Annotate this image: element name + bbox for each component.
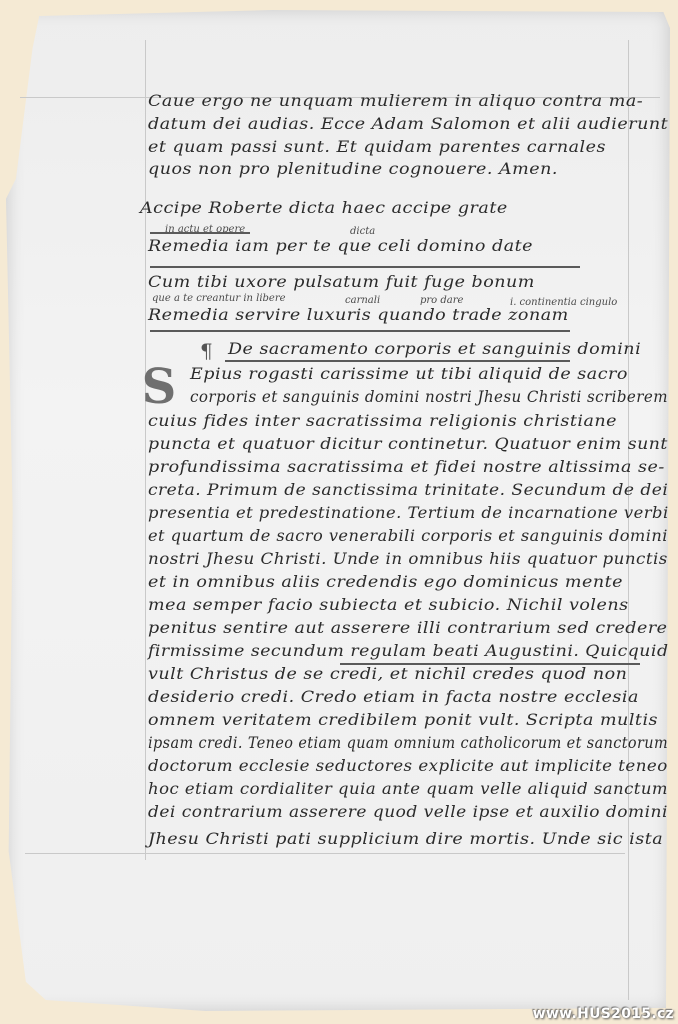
verse-underline xyxy=(150,232,250,234)
rubric-underline xyxy=(225,360,570,362)
text-line: Caue ergo ne unquam mulierem in aliquo c… xyxy=(148,92,643,110)
text-line: puncta et quatuor dicitur continetur. Qu… xyxy=(148,435,668,453)
verse-underline xyxy=(150,330,570,332)
interlinear-gloss: que a te creantur in libere xyxy=(152,293,286,304)
text-line: ipsam credi. Teneo etiam quam omnium cat… xyxy=(148,734,668,752)
verse-line: Cum tibi uxore pulsatum fuit fuge bonum xyxy=(148,273,535,291)
text-line: corporis et sanguinis domini nostri Jhes… xyxy=(190,388,668,406)
ruling-bottom xyxy=(25,853,625,854)
watermark: www.HUS2015.cz xyxy=(533,1006,674,1022)
text-line: omnem veritatem credibilem ponit vult. S… xyxy=(148,711,658,729)
verse-line: Remedia iam per te que celi domino date xyxy=(148,237,533,255)
text-line: doctorum ecclesie seductores explicite a… xyxy=(148,757,668,775)
text-line: et quam passi sunt. Et quidam parentes c… xyxy=(148,138,606,156)
text-line: penitus sentire aut asserere illi contra… xyxy=(148,619,668,637)
text-line: presentia et predestinatione. Tertium de… xyxy=(148,504,669,522)
text-line: et in omnibus aliis credendis ego domini… xyxy=(148,573,623,591)
text-line: quos non pro plenitudine cognouere. Amen… xyxy=(148,160,558,178)
text-line: creta. Primum de sanctissima trinitate. … xyxy=(148,481,668,499)
text-line: dei contrarium asserere quod velle ipse … xyxy=(148,803,668,821)
interlinear-gloss: pro dare xyxy=(420,295,463,306)
text-line: et quartum de sacro venerabili corporis … xyxy=(148,527,668,545)
text-line: profundissima sacratissima et fidei nost… xyxy=(148,458,665,476)
decorated-initial: S xyxy=(135,362,183,412)
verse-line: Accipe Roberte dicta haec accipe grate xyxy=(140,199,508,217)
text-line: Jhesu Christi pati supplicium dire morti… xyxy=(148,830,663,848)
paragraph-mark: ¶ xyxy=(200,339,213,363)
ruling-left xyxy=(145,40,146,860)
verse-underline xyxy=(150,266,580,268)
text-line: cuius fides inter sacratissima religioni… xyxy=(148,412,617,430)
text-line: desiderio credi. Credo etiam in facta no… xyxy=(148,688,639,706)
text-line: datum dei audias. Ecce Adam Salomon et a… xyxy=(148,115,668,133)
verse-line: Remedia servire luxuris quando trade zon… xyxy=(148,306,569,324)
interlinear-gloss: dicta xyxy=(350,226,375,237)
text-line: vult Christus de se credi, et nichil cre… xyxy=(148,665,627,683)
text-line: firmissime secundum regulam beati August… xyxy=(148,642,669,660)
text-line: Epius rogasti carissime ut tibi aliquid … xyxy=(190,365,628,383)
text-line: mea semper facio subiecta et subicio. Ni… xyxy=(148,596,629,614)
text-line: nostri Jhesu Christi. Unde in omnibus hi… xyxy=(148,550,668,568)
interlinear-gloss: carnali xyxy=(345,295,380,306)
text-line: hoc etiam cordialiter quia ante quam vel… xyxy=(148,780,668,798)
rubric-heading: De sacramento corporis et sanguinis domi… xyxy=(228,340,641,358)
